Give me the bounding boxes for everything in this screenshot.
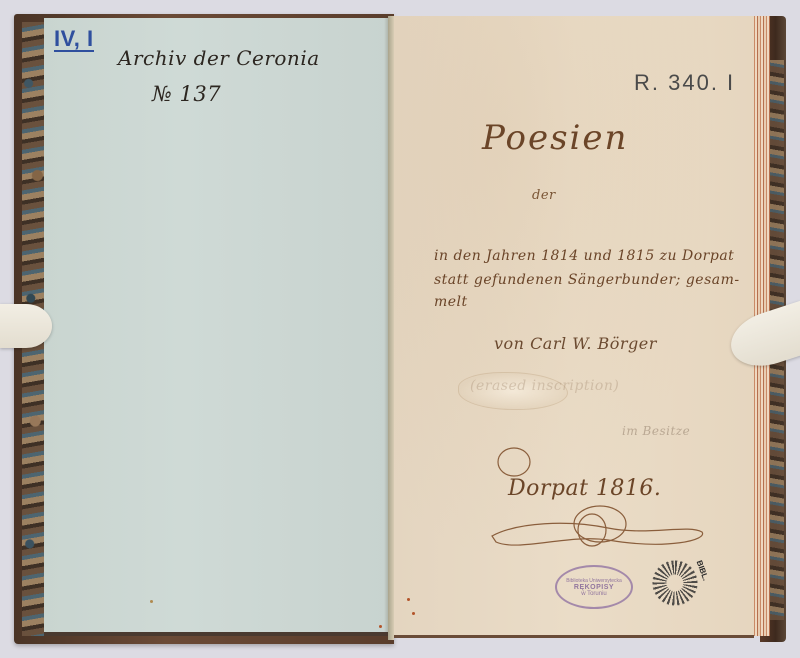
archive-inscription: Archiv der Ceronia [118, 46, 320, 70]
archive-number: № 137 [152, 82, 221, 106]
title-article: der [532, 188, 556, 203]
subtitle-line-1: in den Jahren 1814 und 1815 zu Dorpat [434, 248, 734, 264]
signature-flourish-icon [488, 500, 708, 556]
faded-inscription-1: (erased inscription) [470, 378, 619, 394]
endpaper-left [44, 18, 390, 636]
subtitle-line-2: statt gefundenen Sängerbunder; gesam- [434, 272, 740, 288]
library-stamp-round [652, 560, 698, 606]
initial-loop-flourish [494, 444, 534, 484]
subtitle-line-3: melt [434, 294, 468, 310]
manuscript-title: Poesien [482, 118, 628, 158]
faded-inscription-2: im Besitze [622, 424, 690, 438]
pencil-shelf-mark: R. 340. I [634, 70, 735, 96]
library-stamp-oval: Biblioteka Uniwersytecka RĘKOPISY w Toru… [555, 565, 633, 609]
manuscript-photo: IV, I Archiv der Ceronia № 137 R. 340. I… [0, 0, 800, 658]
blue-shelf-mark: IV, I [54, 28, 94, 52]
author-line: von Carl W. Börger [494, 334, 657, 353]
page-clip-left [0, 304, 52, 348]
